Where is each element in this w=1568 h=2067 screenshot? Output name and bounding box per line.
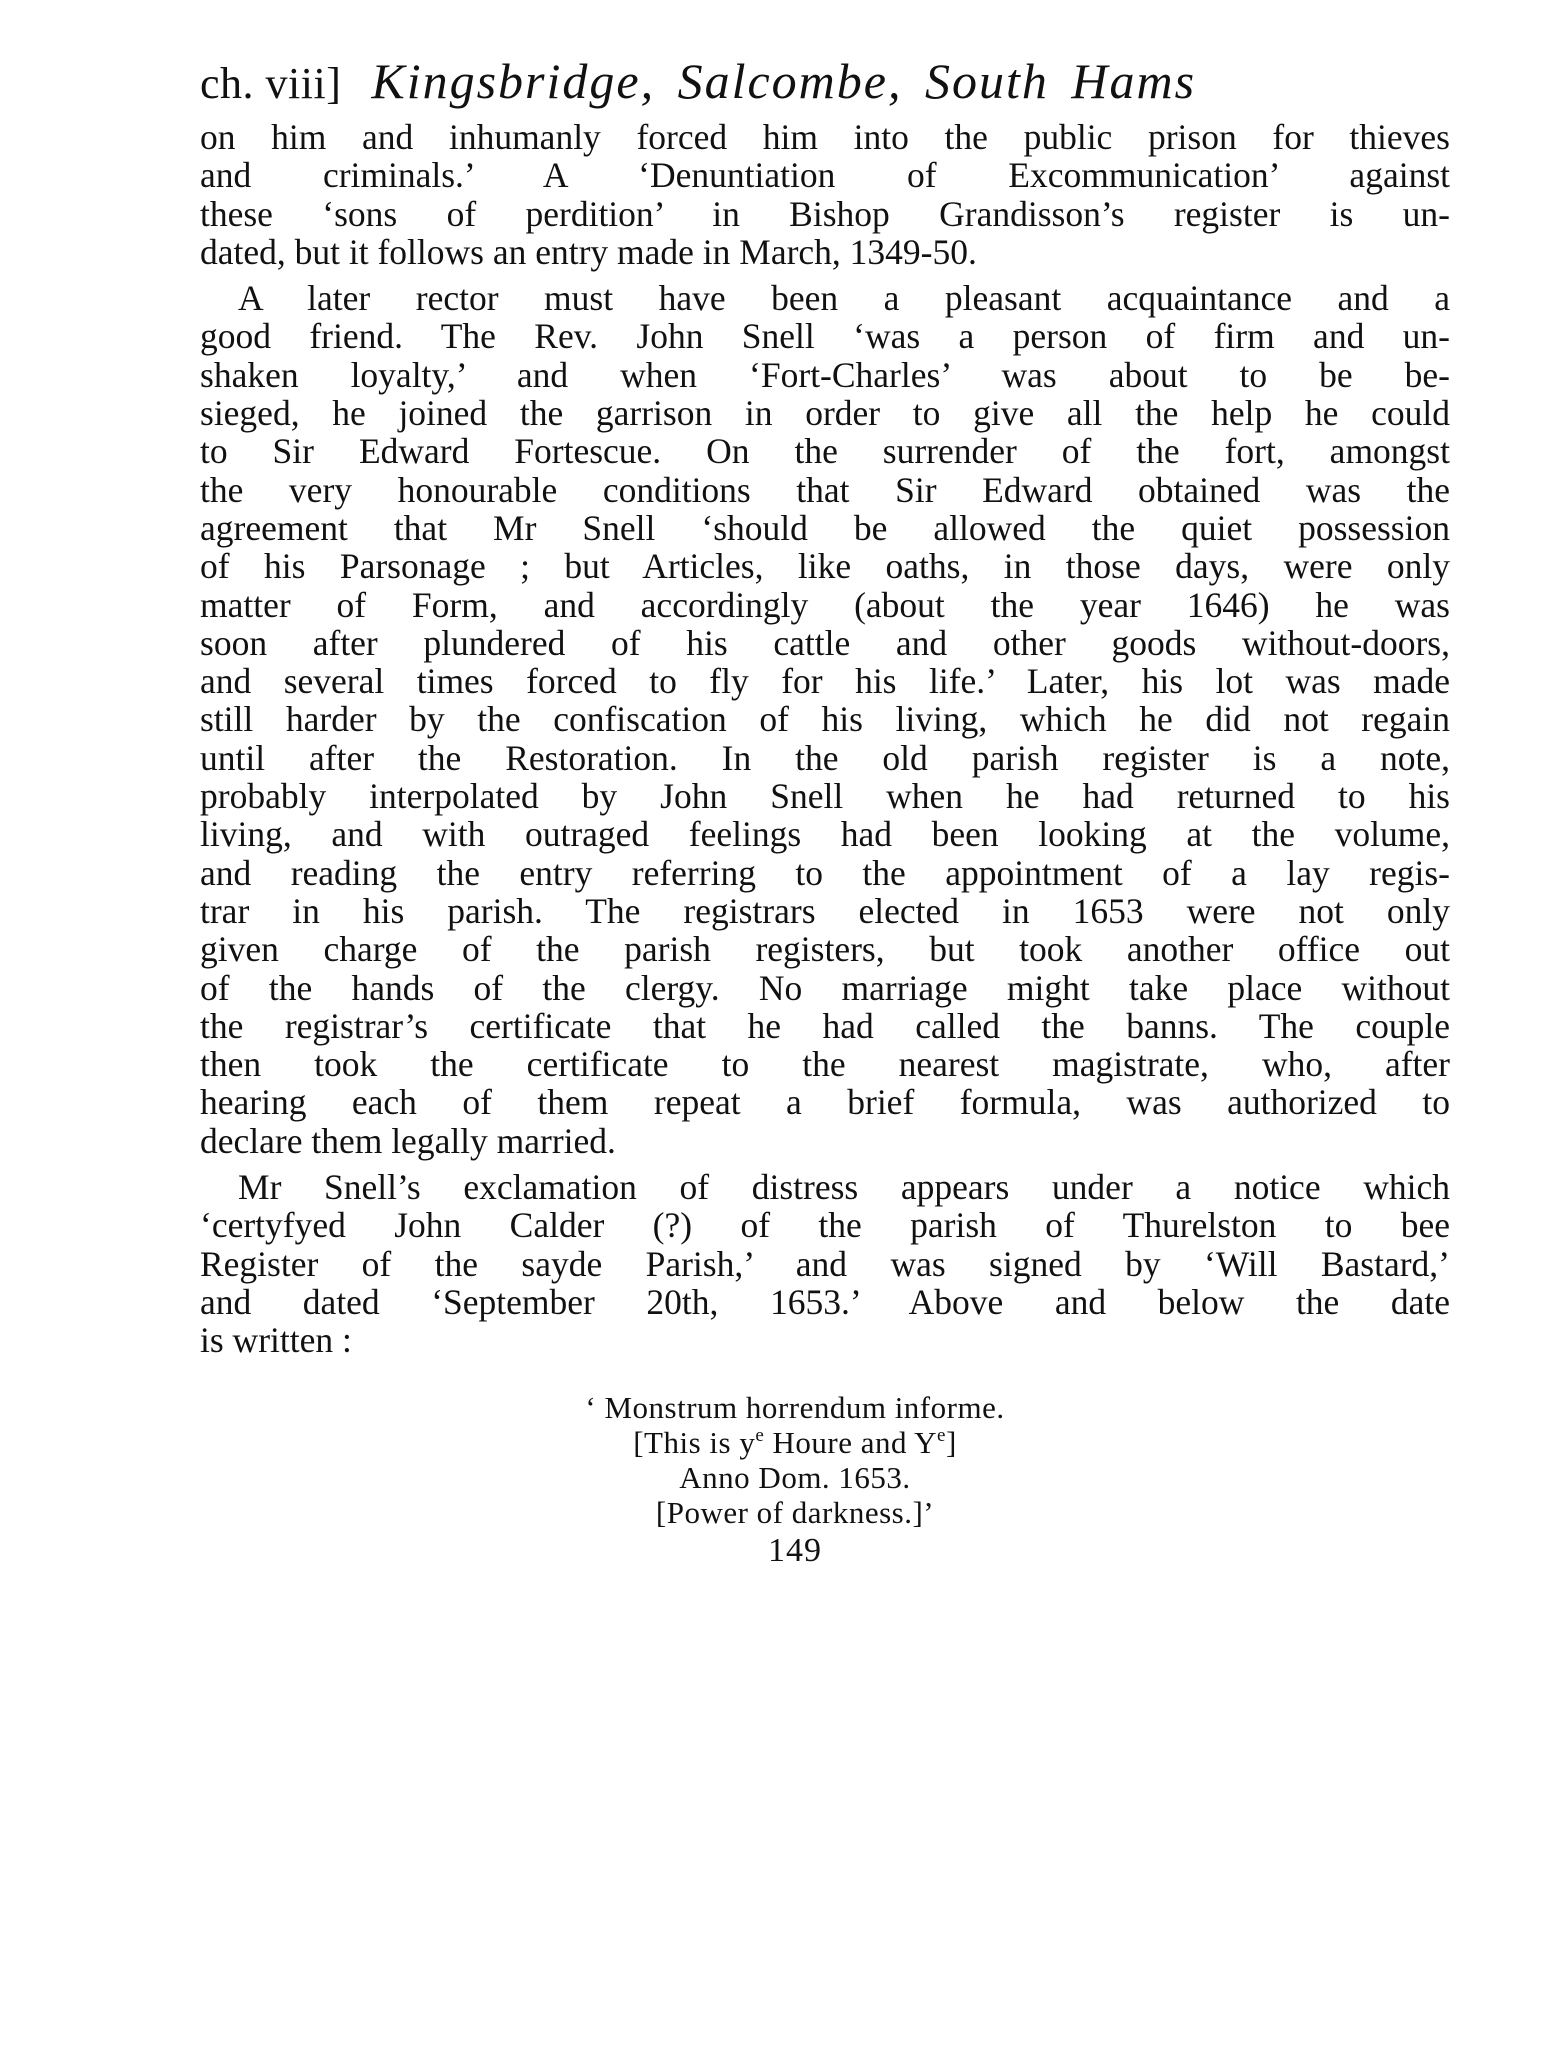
text-line: of the hands of the clergy. No marriage … [200,969,1450,1007]
quoted-inscription: ‘ Monstrum horrendum informe. [This is y… [200,1390,1450,1530]
superscript: e [755,1425,764,1446]
text-line: Register of the sayde Parish,’ and was s… [200,1245,1450,1283]
text-line: and several times forced to fly for his … [200,662,1450,700]
verse-text: ] [946,1425,957,1460]
text-line: Mr Snell’s exclamation of distress appea… [200,1168,1450,1206]
superscript: e [937,1425,946,1446]
text-line: agreement that Mr Snell ‘should be allow… [200,509,1450,547]
paragraph-3: Mr Snell’s exclamation of distress appea… [200,1168,1450,1359]
verse-line: ‘ Monstrum horrendum informe. [200,1390,1390,1425]
text-line: the registrar’s certificate that he had … [200,1007,1450,1045]
text-line: sieged, he joined the garrison in order … [200,394,1450,432]
text-line: matter of Form, and accordingly (about t… [200,586,1450,624]
text-line: these ‘sons of perdition’ in Bishop Gran… [200,195,1450,233]
text-line: ‘certyfyed John Calder (?) of the parish… [200,1206,1450,1244]
text-line: probably interpolated by John Snell when… [200,777,1450,815]
body-text: on him and inhumanly forced him into the… [200,118,1450,1360]
running-head: ch. viii] Kingsbridge, Salcombe, South H… [200,52,1450,118]
text-line: then took the certificate to the nearest… [200,1045,1450,1083]
text-line: shaken loyalty,’ and when ‘Fort-Charles’… [200,356,1450,394]
text-line: until after the Restoration. In the old … [200,739,1450,777]
text-line: trar in his parish. The registrars elect… [200,892,1450,930]
text-line: to Sir Edward Fortescue. On the surrende… [200,432,1450,470]
text-line: A later rector must have been a pleasant… [200,279,1450,317]
text-line: is written : [200,1321,1450,1359]
text-line: given charge of the parish registers, bu… [200,930,1450,968]
text-line: and reading the entry referring to the a… [200,854,1450,892]
paragraph-2: A later rector must have been a pleasant… [200,279,1450,1160]
verse-text: [This is y [633,1425,755,1460]
text-line: and dated ‘September 20th, 1653.’ Above … [200,1283,1450,1321]
text-line: on him and inhumanly forced him into the… [200,118,1450,156]
text-line: of his Parsonage ; but Articles, like oa… [200,547,1450,585]
book-page: ch. viii] Kingsbridge, Salcombe, South H… [200,52,1450,1570]
page-number: 149 [200,1532,1450,1570]
running-title: Kingsbridge, Salcombe, South Hams [371,52,1196,110]
text-line: and criminals.’ A ‘Denuntiation of Excom… [200,156,1450,194]
chapter-reference: ch. viii] [200,58,341,109]
text-line: still harder by the confiscation of his … [200,700,1450,738]
verse-line: Anno Dom. 1653. [200,1460,1390,1495]
text-line: hearing each of them repeat a brief form… [200,1083,1450,1121]
text-line: the very honourable conditions that Sir … [200,471,1450,509]
text-line: good friend. The Rev. John Snell ‘was a … [200,317,1450,355]
text-line: soon after plundered of his cattle and o… [200,624,1450,662]
verse-line: [Power of darkness.]’ [200,1495,1390,1530]
verse-text: Houre and Y [764,1425,937,1460]
paragraph-1: on him and inhumanly forced him into the… [200,118,1450,271]
text-line: declare them legally married. [200,1122,1450,1160]
text-line: living, and with outraged feelings had b… [200,815,1450,853]
verse-line: [This is ye Houre and Ye] [200,1425,1390,1460]
text-line: dated, but it follows an entry made in M… [200,233,1450,271]
